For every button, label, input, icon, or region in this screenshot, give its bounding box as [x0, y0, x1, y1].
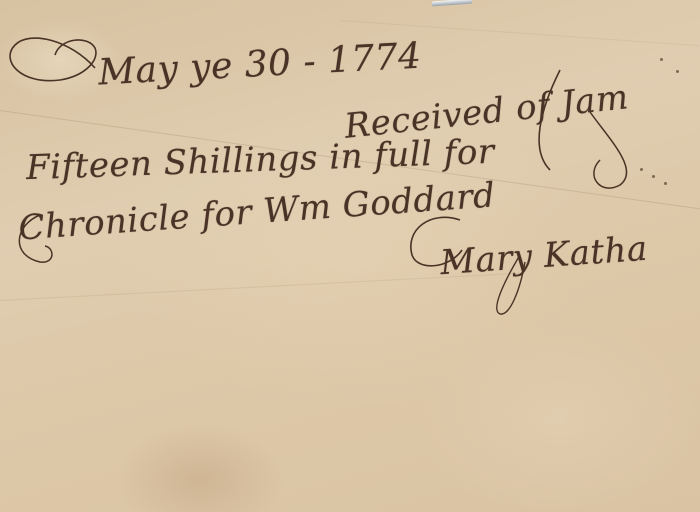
signature: Mary Katha [439, 229, 649, 283]
ink-speck [652, 175, 655, 178]
ink-speck [664, 182, 667, 185]
ink-speck [676, 70, 679, 73]
chronicle-line: Chronicle for Wm Goddard [17, 175, 496, 248]
ink-speck [640, 168, 643, 171]
document-page: May ye 30 - 1774 Received of Jam Fifteen… [0, 0, 700, 512]
date-line: May ye 30 - 1774 [97, 36, 422, 94]
ink-speck [660, 58, 663, 61]
paper-tear-fleck [432, 0, 472, 6]
